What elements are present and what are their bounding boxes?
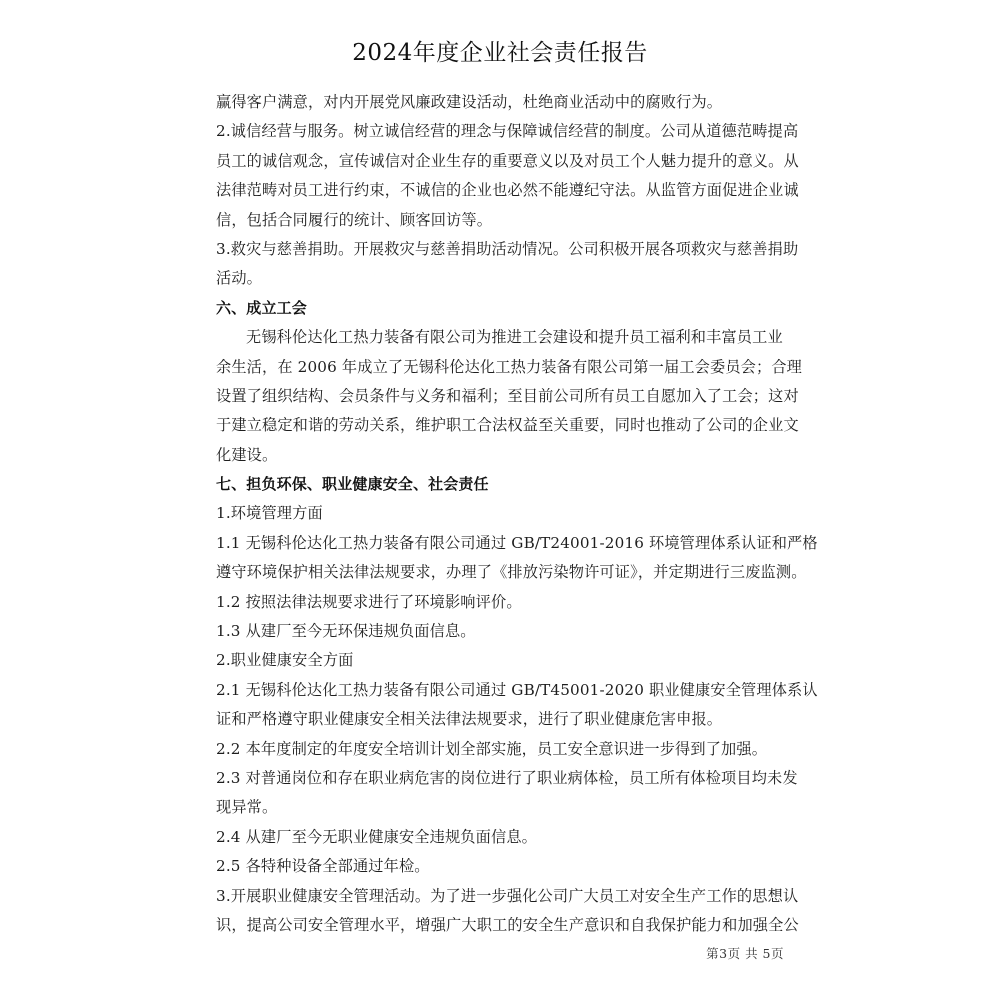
paragraph-line: 1.3 从建厂至今无环保违规负面信息。 — [216, 617, 788, 646]
paragraph-line: 证和严格遵守职业健康安全相关法律法规要求，进行了职业健康危害申报。 — [216, 705, 788, 734]
paragraph-line: 识，提高公司安全管理水平，增强广大职工的安全生产意识和自我保护能力和加强全公 — [216, 911, 788, 940]
paragraph-line: 2.3 对普通岗位和存在职业病危害的岗位进行了职业病体检，员工所有体检项目均未发 — [216, 764, 788, 793]
paragraph-line: 3.开展职业健康安全管理活动。为了进一步强化公司广大员工对安全生产工作的思想认 — [216, 882, 788, 911]
paragraph-line: 信，包括合同履行的统计、顾客回访等。 — [216, 206, 788, 235]
paragraph-line: 员工的诚信观念，宣传诚信对企业生存的重要意义以及对员工个人魅力提升的意义。从 — [216, 147, 788, 176]
paragraph-line: 法律范畴对员工进行约束，不诚信的企业也必然不能遵纪守法。从监管方面促进企业诚 — [216, 176, 788, 205]
document-page: 2024年度企业社会责任报告 赢得客户满意，对内开展党风廉政建设活动，杜绝商业活… — [0, 0, 1000, 1000]
paragraph-line: 2.1 无锡科伦达化工热力装备有限公司通过 GB/T45001-2020 职业健… — [216, 676, 788, 705]
paragraph-line: 1.2 按照法律法规要求进行了环境影响评价。 — [216, 588, 788, 617]
paragraph-line: 遵守环境保护相关法律法规要求，办理了《排放污染物许可证》，并定期进行三废监测。 — [216, 558, 788, 587]
paragraph-line: 现异常。 — [216, 793, 788, 822]
paragraph-line: 2.诚信经营与服务。树立诚信经营的理念与保障诚信经营的制度。公司从道德范畴提高 — [216, 117, 788, 146]
subsection-heading: 2.职业健康安全方面 — [216, 646, 788, 675]
paragraph-line: 赢得客户满意，对内开展党风廉政建设活动，杜绝商业活动中的腐败行为。 — [216, 88, 788, 117]
document-title: 2024年度企业社会责任报告 — [0, 34, 1000, 67]
paragraph-line: 于建立稳定和谐的劳动关系，维护职工合法权益至关重要，同时也推动了公司的企业文 — [216, 411, 788, 440]
paragraph-line: 无锡科伦达化工热力装备有限公司为推进工会建设和提升员工福利和丰富员工业 — [216, 323, 788, 352]
paragraph-line: 2.2 本年度制定的年度安全培训计划全部实施，员工安全意识进一步得到了加强。 — [216, 735, 788, 764]
subsection-heading: 1.环境管理方面 — [216, 499, 788, 528]
paragraph-line: 1.1 无锡科伦达化工热力装备有限公司通过 GB/T24001-2016 环境管… — [216, 529, 788, 558]
paragraph-line: 设置了组织结构、会员条件与义务和福利；至目前公司所有员工自愿加入了工会；这对 — [216, 382, 788, 411]
paragraph-line: 活动。 — [216, 264, 788, 293]
page-number-footer: 第3页 共 5页 — [706, 944, 784, 962]
section-heading: 七、担负环保、职业健康安全、社会责任 — [216, 470, 788, 499]
paragraph-line: 2.5 各特种设备全部通过年检。 — [216, 852, 788, 881]
paragraph-line: 2.4 从建厂至今无职业健康安全违规负面信息。 — [216, 823, 788, 852]
paragraph-line: 化建设。 — [216, 441, 788, 470]
document-body: 赢得客户满意，对内开展党风廉政建设活动，杜绝商业活动中的腐败行为。 2.诚信经营… — [216, 88, 788, 940]
paragraph-line: 余生活，在 2006 年成立了无锡科伦达化工热力装备有限公司第一届工会委员会；合… — [216, 353, 788, 382]
paragraph-line: 3.救灾与慈善捐助。开展救灾与慈善捐助活动情况。公司积极开展各项救灾与慈善捐助 — [216, 235, 788, 264]
section-heading: 六、成立工会 — [216, 294, 788, 323]
